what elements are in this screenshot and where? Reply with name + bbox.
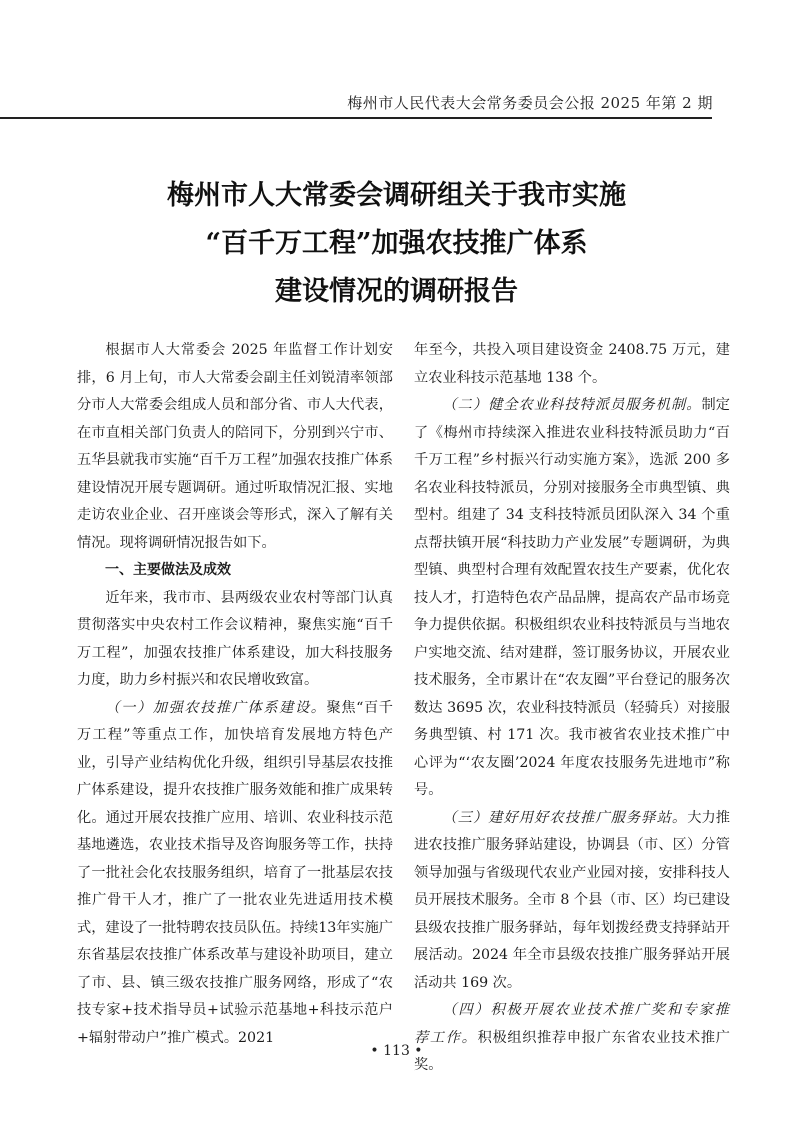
item-4-paragraph: （四）积极开展农业技术推广奖和专家推荐工作。积极组织推荐申报广东省农业技术推广奖… <box>414 997 730 1080</box>
running-header: 梅州市人民代表大会常务委员会公报 2025 年第 2 期 <box>0 92 713 113</box>
right-column: 年至今，共投入项目建设资金 2408.75 万元，建立农业科技示范基地 138 … <box>414 337 730 1080</box>
title-line-1: 梅州市人大常委会调研组关于我市实施 <box>60 172 733 220</box>
item-3-text: 大力推进农技推广服务驿站建设，协调县（市、区）分管领导加强与省级现代农业产业园对… <box>414 810 730 991</box>
section-heading: 一、主要做法及成效 <box>77 557 393 585</box>
item-1-lead: （一）加强农技推广体系建设。 <box>105 700 326 716</box>
item-3-paragraph: （三）建好用好农技推广服务驿站。大力推进农技推广服务驿站建设，协调县（市、区）分… <box>414 805 730 998</box>
section-intro-paragraph: 近年来，我市市、县两级农业农村等部门认真贯彻落实中央农村工作会议精神，聚焦实施“… <box>77 585 393 695</box>
title-line-2: “百千万工程”加强农技推广体系 <box>60 220 733 268</box>
item-2-text: 制定了《梅州市持续深入推进农业科技特派员助力“百千万工程”乡村振兴行动实施方案》… <box>414 397 730 798</box>
title-line-3: 建设情况的调研报告 <box>60 268 733 316</box>
item-2-paragraph: （二）健全农业科技特派员服务机制。制定了《梅州市持续深入推进农业科技特派员助力“… <box>414 392 730 805</box>
item-1-continuation: 年至今，共投入项目建设资金 2408.75 万元，建立农业科技示范基地 138 … <box>414 337 730 392</box>
page-number: • 113 • <box>0 1043 793 1059</box>
intro-paragraph: 根据市人大常委会 2025 年监督工作计划安排，6 月上旬，市人大常委会副主任刘… <box>77 337 393 557</box>
item-3-lead: （三）建好用好农技推广服务驿站。 <box>442 810 687 826</box>
document-title: 梅州市人大常委会调研组关于我市实施 “百千万工程”加强农技推广体系 建设情况的调… <box>60 172 733 316</box>
item-1-text: 聚焦“百千万工程”等重点工作，加快培育发展地方特色产业，引导产业结构优化升级，组… <box>77 700 393 1046</box>
left-column: 根据市人大常委会 2025 年监督工作计划安排，6 月上旬，市人大常委会副主任刘… <box>77 337 393 1052</box>
header-rule <box>0 117 712 119</box>
item-1-paragraph: （一）加强农技推广体系建设。聚焦“百千万工程”等重点工作，加快培育发展地方特色产… <box>77 695 393 1053</box>
item-2-lead: （二）健全农业科技特派员服务机制。 <box>442 397 701 413</box>
